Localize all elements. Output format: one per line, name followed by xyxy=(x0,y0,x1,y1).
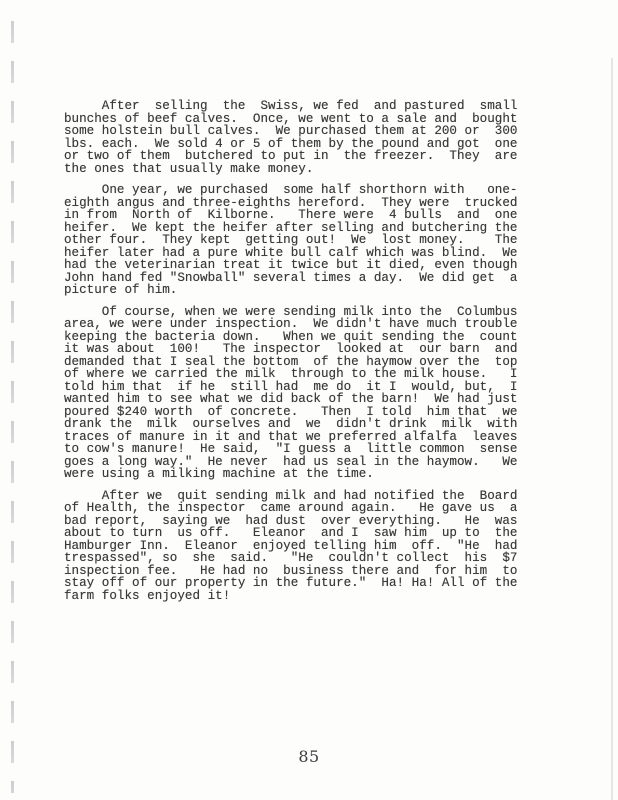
typewritten-text-block: After selling the Swiss, we fed and past… xyxy=(64,100,534,611)
paragraph-shorthorn-heifer: One year, we purchased some half shortho… xyxy=(64,184,534,297)
page-number: 85 xyxy=(0,749,618,765)
paragraph-beef-calves: After selling the Swiss, we fed and past… xyxy=(64,100,534,175)
scanned-document-page: After selling the Swiss, we fed and past… xyxy=(0,0,618,800)
paragraph-milk-inspection: Of course, when we were sending milk int… xyxy=(64,306,534,481)
binding-marks xyxy=(11,21,14,793)
paragraph-inspector-trespassed: After we quit sending milk and had notif… xyxy=(64,490,534,603)
page-edge-shadow xyxy=(611,58,613,800)
